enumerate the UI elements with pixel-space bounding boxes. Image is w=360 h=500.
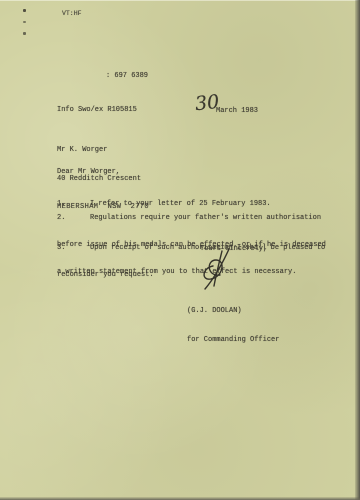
salutation: Dear Mr Worger, xyxy=(57,168,120,177)
paragraph-line: 3.Upon receipt of such authorisation I s… xyxy=(57,244,325,253)
paragraph-number: 2. xyxy=(57,214,90,223)
paper-right-shadow xyxy=(355,0,360,500)
typed-date: March 1983 xyxy=(216,107,258,116)
left-margin-mark xyxy=(23,21,26,23)
phone-number: : 697 6389 xyxy=(106,72,148,81)
letter-scan: VT:HF : 697 6389 Info Swo/ex R105815 30 … xyxy=(0,0,360,500)
info-reference-line: Info Swo/ex R105815 xyxy=(57,106,137,115)
paper-top-highlight xyxy=(0,0,360,1)
left-margin-mark xyxy=(23,32,26,35)
signer-title: for Commanding Officer xyxy=(187,336,279,346)
paragraph-line: 2.Regulations require your father's writ… xyxy=(57,214,326,223)
paragraph-number: 3. xyxy=(57,244,90,253)
paragraph-line: reconsider you request. xyxy=(57,271,325,280)
paragraph-text: Regulations require your father's writte… xyxy=(90,214,321,222)
recipient-name: Mr K. Worger xyxy=(57,146,149,156)
signature-scribble xyxy=(193,248,241,290)
signature-block: (G.J. DOOLAN) for Commanding Officer xyxy=(187,288,279,364)
left-margin-mark xyxy=(23,9,26,12)
typist-reference: VT:HF xyxy=(62,9,82,18)
signer-name: (G.J. DOOLAN) xyxy=(187,307,279,317)
